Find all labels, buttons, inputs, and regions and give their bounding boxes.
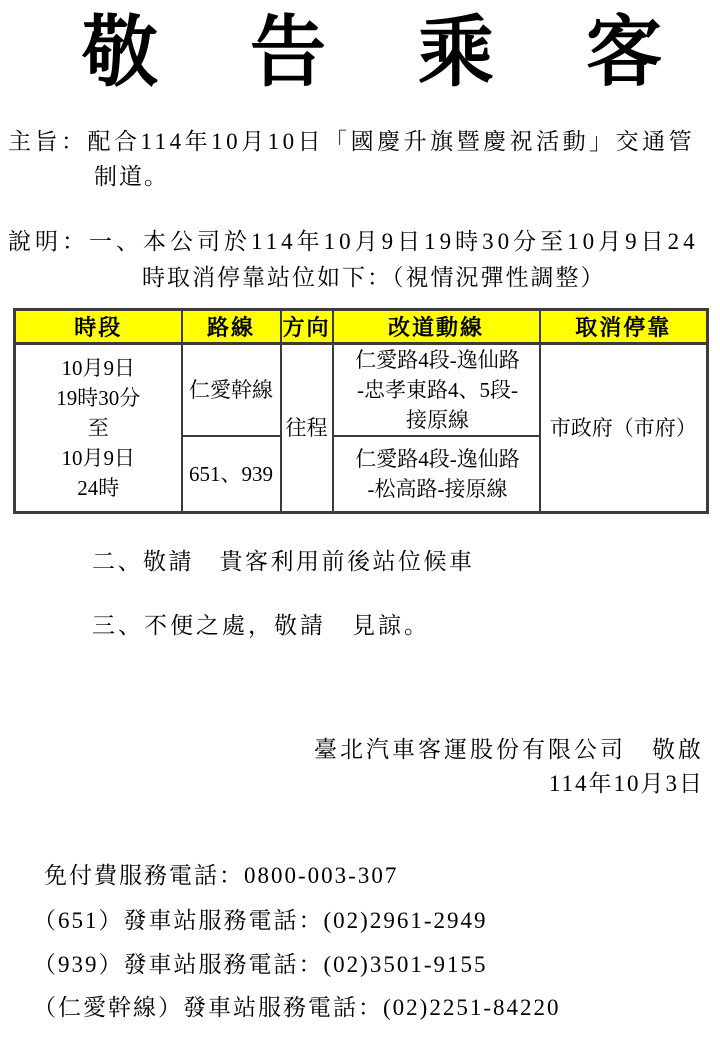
header-cell-detour-route: 改道動線 xyxy=(333,310,540,344)
subject-line-1: 主旨：配合114年10月10日「國慶升旗暨慶祝活動」交通管 xyxy=(8,127,695,157)
notice-title: 敬 告 乘 客 xyxy=(82,14,662,94)
explanation-line-1: 說明：一、本公司於114年10月9日19時30分至10月9日24 xyxy=(8,227,699,257)
header-cell-route: 路線 xyxy=(182,310,281,344)
detour-schedule-table: 時段 路線 方向 改道動線 取消停靠 10月9日 19時30分 至 10月9日 … xyxy=(13,308,709,514)
cell-time-period: 10月9日 19時30分 至 10月9日 24時 xyxy=(15,344,182,513)
explanation-line-2: 時取消停靠站位如下：（視情況彈性調整） xyxy=(142,263,606,293)
signature-date: 114年10月3日 xyxy=(549,769,704,799)
explanation-label: 說明： xyxy=(8,229,89,254)
cell-detour-route-2: 仁愛路4段-逸仙路 -松高路-接原線 xyxy=(333,436,540,512)
notice-page: 敬 告 乘 客 主旨：配合114年10月10日「國慶升旗暨慶祝活動」交通管 制道… xyxy=(0,0,720,1040)
title-char-4: 客 xyxy=(586,13,662,94)
table-header-row: 時段 路線 方向 改道動線 取消停靠 xyxy=(15,310,708,344)
explanation-item-2: 二、敬請 貴客利用前後站位候車 xyxy=(92,547,475,577)
cell-detour-route-1: 仁愛路4段-逸仙路 -忠孝東路4、5段- 接原線 xyxy=(333,344,540,437)
contact-route-renai: （仁愛幹線）發車站服務電話：(02)2251-84220 xyxy=(33,993,560,1023)
title-char-2: 告 xyxy=(250,13,326,94)
title-char-1: 敬 xyxy=(82,13,158,94)
explanation-item-3: 三、不便之處，敬請 見諒。 xyxy=(92,611,430,641)
table-row-renai-trunk: 10月9日 19時30分 至 10月9日 24時 仁愛幹線 往程 仁愛路4段-逸… xyxy=(15,344,708,437)
header-cell-direction: 方向 xyxy=(281,310,333,344)
title-char-3: 乘 xyxy=(418,13,494,94)
signature-company: 臺北汽車客運股份有限公司 敬啟 xyxy=(314,735,704,765)
cell-route-renai-trunk: 仁愛幹線 xyxy=(182,344,281,437)
cell-cancelled-stop: 市政府（市府） xyxy=(540,344,708,513)
explanation-item1-text: 一、本公司於114年10月9日19時30分至10月9日24 xyxy=(89,229,699,254)
cell-direction: 往程 xyxy=(281,344,333,513)
subject-label: 主旨： xyxy=(8,129,88,154)
contact-route-651: （651）發車站服務電話：(02)2961-2949 xyxy=(33,906,487,936)
subject-text: 配合114年10月10日「國慶升旗暨慶祝活動」交通管 xyxy=(88,129,696,154)
header-cell-cancelled-stop: 取消停靠 xyxy=(540,310,708,344)
subject-line-2: 制道。 xyxy=(94,162,169,192)
header-cell-time-period: 時段 xyxy=(15,310,182,344)
contact-toll-free: 免付費服務電話：0800-003-307 xyxy=(44,861,398,891)
cell-route-651-939: 651、939 xyxy=(182,436,281,512)
contact-route-939: （939）發車站服務電話：(02)3501-9155 xyxy=(33,950,487,980)
